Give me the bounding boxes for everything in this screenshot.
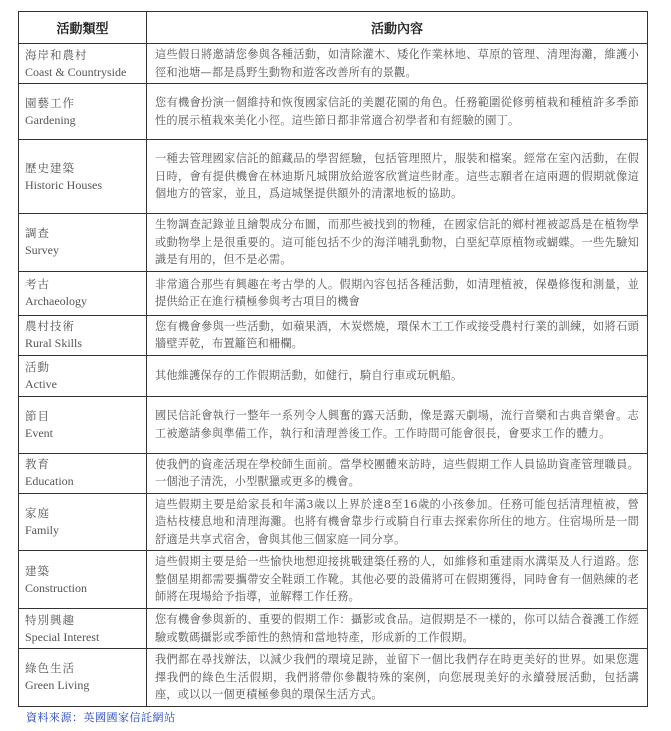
activity-type-zh: 建築	[25, 563, 140, 580]
table-row: 歷史建築Historic Houses一種去管理國家信託的館藏品的學習經驗，包括…	[19, 140, 648, 214]
activity-type-cell: 綠色生活Green Living	[19, 649, 147, 707]
table-row: 活動Active其他維護保存的工作假期活動，如健行，騎自行車或玩帆船。	[19, 355, 648, 396]
activity-description: 這些假期主要是給家長和年滿3歲以上界於達8至16歲的小孩參加。任務可能包括清理植…	[147, 493, 648, 551]
activity-description: 您有機會參與新的、重要的假期工作：攝影或食品。這假期是不一樣的，你可以結合養護工…	[147, 609, 648, 649]
activity-type-en: Construction	[25, 580, 140, 597]
activity-type-cell: 農村技術Rural Skills	[19, 315, 147, 355]
activity-description: 非常適合那些有興趣在考古學的人。假期內容包括各種活動，如清理植被，保壘修復和測量…	[147, 271, 648, 315]
activity-type-en: Education	[25, 473, 140, 490]
activity-type-en: Archaeology	[25, 293, 140, 310]
activity-type-en: Event	[25, 425, 140, 442]
activity-description: 生物調查記錄並且繪製成分布圖，而那些被找到的物種，在國家信託的鄉村裡被認爲是在植…	[147, 214, 648, 272]
table-row: 家庭Family這些假期主要是給家長和年滿3歲以上界於達8至16歲的小孩參加。任…	[19, 493, 648, 551]
activity-type-cell: 教育Education	[19, 453, 147, 493]
activity-type-zh: 活動	[25, 359, 140, 376]
activity-type-zh: 海岸和農村	[25, 47, 140, 64]
table-row: 節目Event國民信託會執行一整年一系列令人興奮的露天活動，像是露天劇場，流行音…	[19, 396, 648, 453]
header-activity-content: 活動內容	[147, 12, 648, 44]
activity-type-en: Coast & Countryside	[25, 64, 140, 81]
activity-description: 這些假日將邀請您參與各種活動，如清除灌木、矮化作業林地、草原的管理、清理海灘，維…	[147, 44, 648, 84]
activity-type-cell: 節目Event	[19, 396, 147, 453]
activity-type-cell: 特別興趣Special Interest	[19, 609, 147, 649]
activity-type-en: Special Interest	[25, 629, 140, 646]
header-activity-type: 活動類型	[19, 12, 147, 44]
activity-type-zh: 考古	[25, 276, 140, 293]
activity-description: 國民信託會執行一整年一系列令人興奮的露天活動，像是露天劇場，流行音樂和古典音樂會…	[147, 396, 648, 453]
activity-description: 您有機會參與一些活動，如蘋果酒，木炭燃燒，環保木工工作或接受農村行業的訓練，如將…	[147, 315, 648, 355]
table-row: 園藝工作Gardening您有機會扮演一個維持和恢復國家信託的美麗花園的角色。任…	[19, 84, 648, 140]
activity-type-zh: 教育	[25, 456, 140, 473]
activity-type-zh: 特別興趣	[25, 612, 140, 629]
table-row: 調查Survey生物調查記錄並且繪製成分布圖，而那些被找到的物種，在國家信託的鄉…	[19, 214, 648, 272]
activity-type-en: Gardening	[25, 112, 140, 129]
activity-description: 這些假期主要是給一些愉快地想迎接挑戰建築任務的人，如維修和重建雨水溝渠及人行道路…	[147, 551, 648, 609]
activity-type-en: Rural Skills	[25, 335, 140, 352]
activity-type-cell: 考古Archaeology	[19, 271, 147, 315]
activity-type-cell: 歷史建築Historic Houses	[19, 140, 147, 214]
activity-type-en: Historic Houses	[25, 177, 140, 194]
source-footnote: 資料來源：英國國家信託網站	[26, 709, 176, 725]
activity-type-zh: 歷史建築	[25, 160, 140, 177]
activity-type-zh: 園藝工作	[25, 95, 140, 112]
activity-description: 一種去管理國家信託的館藏品的學習經驗，包括管理照片，服裝和檔案。經常在室內活動，…	[147, 140, 648, 214]
activity-type-cell: 海岸和農村Coast & Countryside	[19, 44, 147, 84]
activity-type-en: Survey	[25, 242, 140, 259]
activity-type-cell: 園藝工作Gardening	[19, 84, 147, 140]
table-row: 綠色生活Green Living我們都在尋找辦法，以減少我們的環境足跡，並留下一…	[19, 649, 648, 707]
activity-type-zh: 家庭	[25, 505, 140, 522]
activity-description: 使我們的資產活現在學校師生面前。當學校團體來訪時，這些假期工作人員協助資產管理職…	[147, 453, 648, 493]
table-header-row: 活動類型 活動內容	[19, 12, 648, 44]
activity-type-zh: 調查	[25, 225, 140, 242]
activity-type-cell: 調查Survey	[19, 214, 147, 272]
activity-description: 其他維護保存的工作假期活動，如健行，騎自行車或玩帆船。	[147, 355, 648, 396]
activity-type-cell: 活動Active	[19, 355, 147, 396]
activity-type-zh: 綠色生活	[25, 660, 140, 677]
activity-description: 您有機會扮演一個維持和恢復國家信託的美麗花園的角色。任務範圍從修剪植栽和種植許多…	[147, 84, 648, 140]
activity-type-cell: 建築Construction	[19, 551, 147, 609]
table-row: 特別興趣Special Interest您有機會參與新的、重要的假期工作：攝影或…	[19, 609, 648, 649]
activity-type-en: Green Living	[25, 677, 140, 694]
table-row: 教育Education使我們的資產活現在學校師生面前。當學校團體來訪時，這些假期…	[19, 453, 648, 493]
activity-type-en: Family	[25, 522, 140, 539]
table-row: 農村技術Rural Skills您有機會參與一些活動，如蘋果酒，木炭燃燒，環保木…	[19, 315, 648, 355]
activity-type-zh: 節目	[25, 408, 140, 425]
table-row: 建築Construction這些假期主要是給一些愉快地想迎接挑戰建築任務的人，如…	[19, 551, 648, 609]
table-row: 海岸和農村Coast & Countryside這些假日將邀請您參與各種活動，如…	[19, 44, 648, 84]
activities-table: 活動類型 活動內容 海岸和農村Coast & Countryside這些假日將邀…	[18, 11, 648, 707]
table-row: 考古Archaeology非常適合那些有興趣在考古學的人。假期內容包括各種活動，…	[19, 271, 648, 315]
activity-description: 我們都在尋找辦法，以減少我們的環境足跡，並留下一個比我們存在時更美好的世界。如果…	[147, 649, 648, 707]
activity-type-cell: 家庭Family	[19, 493, 147, 551]
activity-type-zh: 農村技術	[25, 318, 140, 335]
activity-type-en: Active	[25, 376, 140, 393]
